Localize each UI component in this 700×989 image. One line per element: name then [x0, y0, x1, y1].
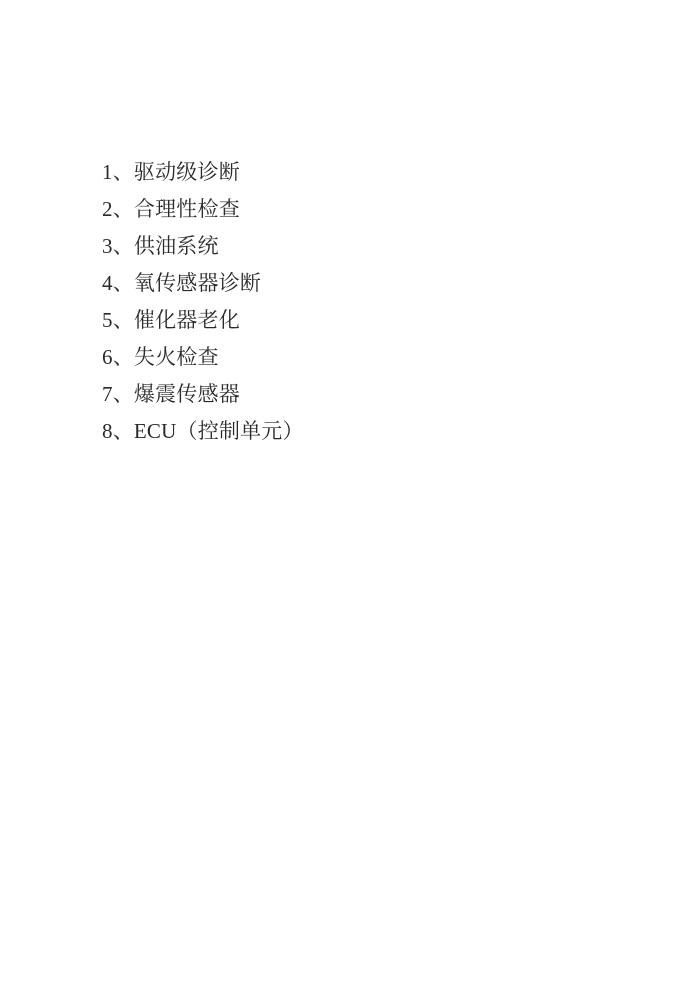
list-item: 5、催化器老化	[102, 302, 304, 339]
list-item: 3、供油系统	[102, 228, 304, 265]
list-item: 7、爆震传感器	[102, 376, 304, 413]
numbered-list: 1、驱动级诊断 2、合理性检查 3、供油系统 4、氧传感器诊断 5、催化器老化 …	[102, 154, 304, 450]
list-item: 4、氧传感器诊断	[102, 265, 304, 302]
list-item: 6、失火检查	[102, 339, 304, 376]
list-item: 8、ECU（控制单元）	[102, 413, 304, 450]
document-page: 1、驱动级诊断 2、合理性检查 3、供油系统 4、氧传感器诊断 5、催化器老化 …	[0, 0, 700, 989]
list-item: 1、驱动级诊断	[102, 154, 304, 191]
list-item: 2、合理性检查	[102, 191, 304, 228]
